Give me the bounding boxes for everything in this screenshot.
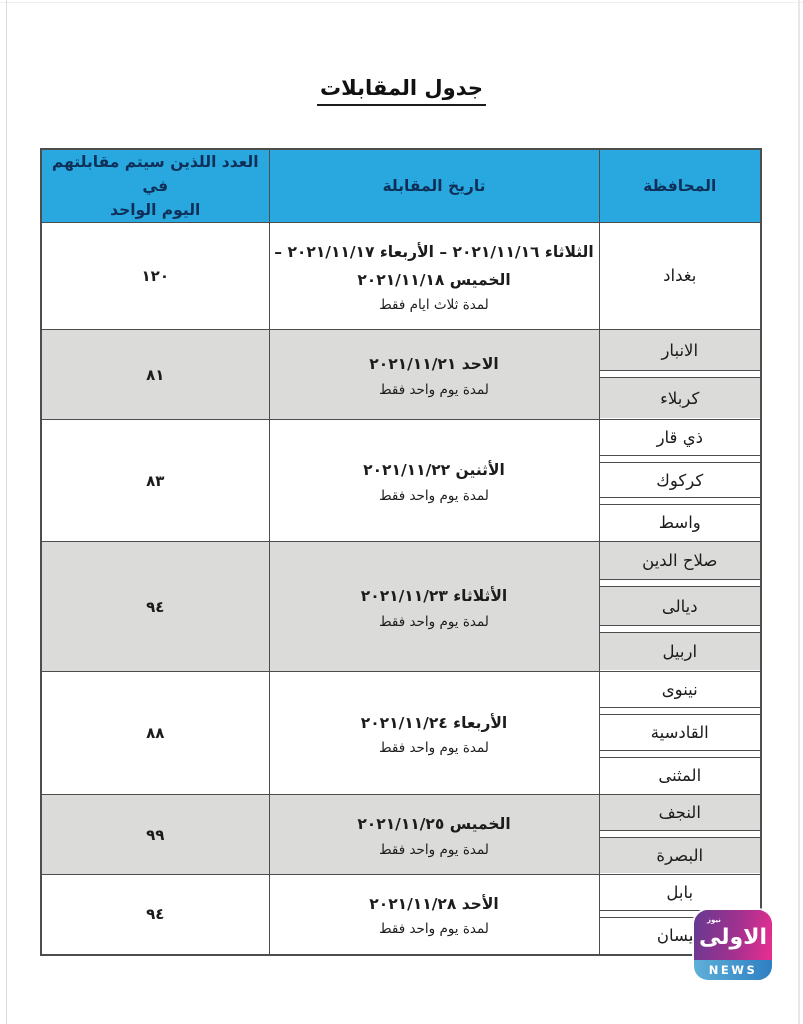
date-cell: الاحد ٢٠٢١/١١/٢١ لمدة يوم واحد فقط bbox=[269, 330, 599, 420]
interview-duration: لمدة يوم واحد فقط bbox=[270, 382, 599, 398]
interview-duration: لمدة يوم واحد فقط bbox=[270, 842, 599, 858]
news-logo-label: NEWS bbox=[694, 960, 772, 980]
governorate-name: بغداد bbox=[600, 223, 761, 328]
date-cell: الأحد ٢٠٢١/١١/٢٨ لمدة يوم واحد فقط bbox=[269, 875, 599, 955]
date-cell: الأثلاثاء ٢٠٢١/١١/٢٣ لمدة يوم واحد فقط bbox=[269, 542, 599, 672]
table-row: صلاح الدين ديالى اربيل الأثلاثاء ٢٠٢١/١١… bbox=[41, 542, 761, 672]
count-cell: ٨٣ bbox=[41, 420, 269, 542]
photo-edge-right bbox=[798, 0, 800, 1024]
count-cell: ٨٨ bbox=[41, 672, 269, 795]
interview-dates: الأثلاثاء ٢٠٢١/١١/٢٣ bbox=[270, 583, 599, 610]
news-logo-arabic-main: الاولى bbox=[699, 927, 767, 949]
governorate-name: الانبار bbox=[600, 330, 761, 371]
table-row: ذي قار كركوك واسط الأثنين ٢٠٢١/١١/٢٢ لمد… bbox=[41, 420, 761, 542]
header-date: تاريخ المقابلة bbox=[269, 149, 599, 223]
governorate-name: صلاح الدين bbox=[600, 542, 761, 580]
governorate-name: اربيل bbox=[600, 633, 761, 670]
interview-schedule-table: المحافظة تاريخ المقابلة العدد اللذين سيت… bbox=[42, 148, 762, 956]
governorate-cell: النجف البصرة bbox=[599, 795, 761, 875]
governorate-name: القادسية bbox=[600, 715, 761, 751]
governorate-name: نينوى bbox=[600, 672, 761, 708]
governorate-gap bbox=[600, 831, 761, 838]
governorate-name: ذي قار bbox=[600, 420, 761, 456]
interview-duration: لمدة يوم واحد فقط bbox=[270, 614, 599, 630]
interview-duration: لمدة يوم واحد فقط bbox=[270, 740, 599, 756]
interview-dates: الثلاثاء ٢٠٢١/١١/١٦ – الأربعاء ٢٠٢١/١١/١… bbox=[270, 239, 599, 293]
governorate-gap bbox=[600, 498, 761, 505]
governorate-name: كربلاء bbox=[600, 378, 761, 418]
date-cell: الثلاثاء ٢٠٢١/١١/١٦ – الأربعاء ٢٠٢١/١١/١… bbox=[269, 223, 599, 330]
governorate-gap bbox=[600, 456, 761, 463]
photo-edge-left bbox=[6, 0, 7, 1024]
governorate-gap bbox=[600, 371, 761, 378]
governorate-cell: نينوى القادسية المثنى bbox=[599, 672, 761, 795]
interview-duration: لمدة ثلاث ايام فقط bbox=[270, 297, 599, 313]
interview-duration: لمدة يوم واحد فقط bbox=[270, 921, 599, 937]
news-channel-logo: نيوز الاولى NEWS bbox=[694, 910, 772, 980]
interview-dates: الأربعاء ٢٠٢١/١١/٢٤ bbox=[270, 710, 599, 737]
date-cell: الأثنين ٢٠٢١/١١/٢٢ لمدة يوم واحد فقط bbox=[269, 420, 599, 542]
news-logo-arabic-small: نيوز bbox=[707, 916, 721, 924]
count-cell: ٩٤ bbox=[41, 542, 269, 672]
governorate-gap bbox=[600, 708, 761, 715]
page-title: جدول المقابلات bbox=[0, 76, 803, 106]
governorate-name: المثنى bbox=[600, 758, 761, 793]
governorate-cell: ذي قار كركوك واسط bbox=[599, 420, 761, 542]
interview-dates: الأحد ٢٠٢١/١١/٢٨ bbox=[270, 891, 599, 918]
count-cell: ٨١ bbox=[41, 330, 269, 420]
governorate-gap bbox=[600, 751, 761, 758]
interview-dates: الاحد ٢٠٢١/١١/٢١ bbox=[270, 351, 599, 378]
date-cell: الخميس ٢٠٢١/١١/٢٥ لمدة يوم واحد فقط bbox=[269, 795, 599, 875]
photo-edge-top bbox=[0, 2, 803, 3]
table-row: نينوى القادسية المثنى الأربعاء ٢٠٢١/١١/٢… bbox=[41, 672, 761, 795]
header-governorate: المحافظة bbox=[599, 149, 761, 223]
news-logo-arabic: نيوز الاولى bbox=[694, 910, 772, 960]
governorate-name: كركوك bbox=[600, 463, 761, 499]
governorate-cell: الانبار كربلاء bbox=[599, 330, 761, 420]
page-title-text: جدول المقابلات bbox=[317, 76, 486, 106]
interview-dates: الخميس ٢٠٢١/١١/٢٥ bbox=[270, 811, 599, 838]
date-cell: الأربعاء ٢٠٢١/١١/٢٤ لمدة يوم واحد فقط bbox=[269, 672, 599, 795]
count-cell: ٩٤ bbox=[41, 875, 269, 955]
header-count: العدد اللذين سيتم مقابلتهم في اليوم الوا… bbox=[41, 149, 269, 223]
count-cell: ١٢٠ bbox=[41, 223, 269, 330]
governorate-name: ديالى bbox=[600, 587, 761, 625]
interview-duration: لمدة يوم واحد فقط bbox=[270, 488, 599, 504]
document-page: جدول المقابلات المحافظة تاريخ المقابلة ا… bbox=[0, 0, 803, 1024]
governorate-cell: صلاح الدين ديالى اربيل bbox=[599, 542, 761, 672]
interview-dates: الأثنين ٢٠٢١/١١/٢٢ bbox=[270, 457, 599, 484]
governorate-name: واسط bbox=[600, 505, 761, 540]
table-row: النجف البصرة الخميس ٢٠٢١/١١/٢٥ لمدة يوم … bbox=[41, 795, 761, 875]
governorate-name: النجف bbox=[600, 795, 761, 831]
governorate-gap bbox=[600, 580, 761, 587]
governorate-name: البصرة bbox=[600, 838, 761, 873]
governorate-cell: بغداد bbox=[599, 223, 761, 330]
table-row: بغداد الثلاثاء ٢٠٢١/١١/١٦ – الأربعاء ٢٠٢… bbox=[41, 223, 761, 330]
governorate-gap bbox=[600, 626, 761, 633]
count-cell: ٩٩ bbox=[41, 795, 269, 875]
table-row: بابل ميسان الأحد ٢٠٢١/١١/٢٨ لمدة يوم واح… bbox=[41, 875, 761, 955]
header-row: المحافظة تاريخ المقابلة العدد اللذين سيت… bbox=[41, 149, 761, 223]
governorate-name: بابل bbox=[600, 875, 761, 911]
table-row: الانبار كربلاء الاحد ٢٠٢١/١١/٢١ لمدة يوم… bbox=[41, 330, 761, 420]
